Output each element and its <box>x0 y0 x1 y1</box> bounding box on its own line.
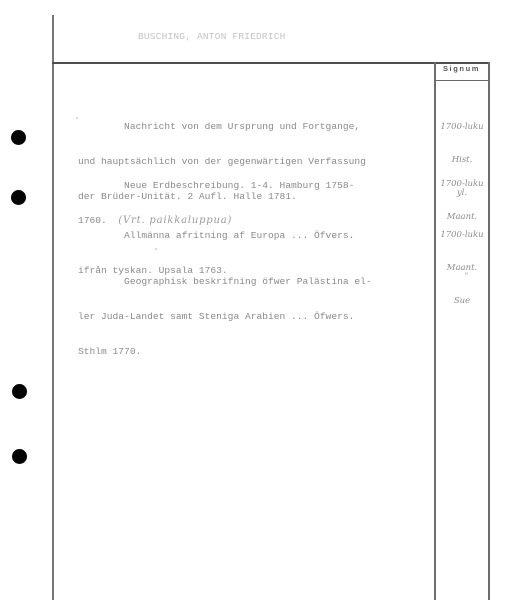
bibliographic-entry-4: Geographisk beskrifning öfwer Palästina … <box>78 253 372 381</box>
entry-3-line-1: Allmänna afritning af Europa ... Öfvers. <box>78 230 354 242</box>
paper-speck <box>76 117 78 119</box>
card-heading-author: BUSCHING, ANTON FRIEDRICH <box>138 31 286 42</box>
punch-hole-3 <box>12 384 27 399</box>
paper-speck <box>155 248 157 250</box>
card-left-border <box>52 15 54 600</box>
entry-4-line-1: Geographisk beskrifning öfwer Palästina … <box>78 276 372 288</box>
signum-column-header: Signum <box>435 64 488 73</box>
entry-1-line-1: Nachricht von dem Ursprung und Fortgange… <box>78 121 366 133</box>
card-right-border <box>488 62 490 600</box>
signum-header-divider <box>434 80 489 81</box>
entry-2-line-1: Neue Erdbeschreibung. 1-4. Hamburg 1758- <box>78 180 354 192</box>
entry-4-line-3: Sthlm 1770. <box>78 346 372 358</box>
signum-1-line-1: 1700-luku <box>436 122 488 133</box>
signum-4-ditto-mark: " <box>465 272 468 280</box>
punch-hole-1 <box>11 130 26 145</box>
entry-4-line-2: ler Juda-Landet samt Steniga Arabien ...… <box>78 311 372 323</box>
catalog-card: BUSCHING, ANTON FRIEDRICH Signum Nachric… <box>0 0 510 600</box>
punch-hole-2 <box>11 190 26 205</box>
signum-entry-4-ditto: " <box>436 260 488 293</box>
punch-hole-4 <box>12 449 27 464</box>
signum-3-line-1: 1700-luku <box>436 230 488 241</box>
signum-3-line-3: Sue <box>436 296 488 307</box>
heading-divider <box>52 62 489 64</box>
signum-2-line-1: 1700-luku <box>436 179 488 190</box>
